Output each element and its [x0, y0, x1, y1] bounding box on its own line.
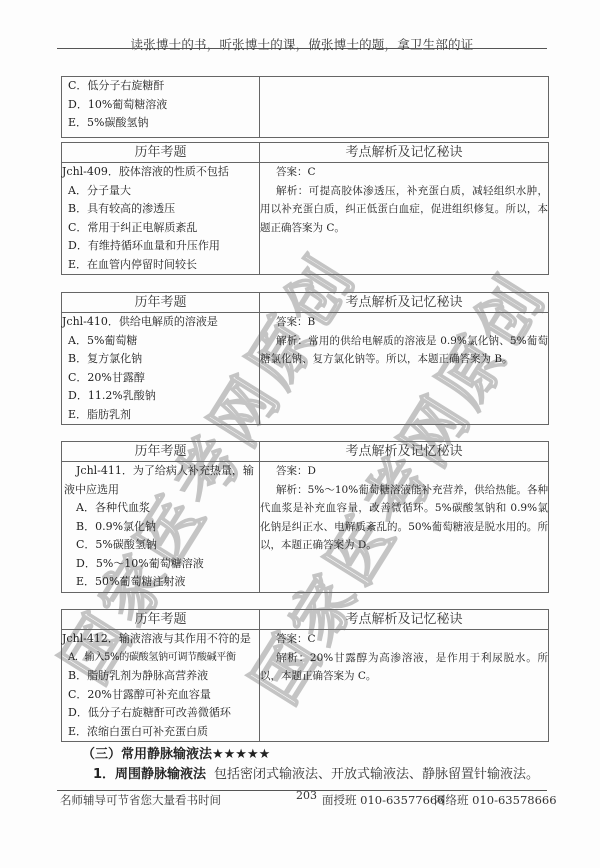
- answer: 答案：C: [260, 630, 548, 649]
- option: D．有维持循环血量和升压作用: [62, 237, 259, 256]
- empty-cell: [260, 77, 549, 138]
- question-cell: Jchl-412．输液溶液与其作用不符的是 A．输入5%的碳酸氢钠可调节酸碱平衡…: [62, 630, 260, 742]
- question-cell: Jchl-411．为了给病人补充热量，输液中应选用 A．各种代血浆 B．0.9%…: [62, 462, 260, 593]
- question-stem: Jchl-409．胶体溶液的性质不包括: [62, 163, 259, 182]
- option: C．20%甘露醇可补充血容量: [62, 686, 259, 705]
- question-stem: Jchl-412．输液溶液与其作用不符的是: [62, 630, 259, 649]
- footer-phone-inperson: 面授班 010-63577666: [322, 792, 445, 808]
- option: B．复方氯化钠: [62, 350, 259, 369]
- subsection-title: 1．周围静脉输液法: [93, 767, 206, 782]
- answer: 答案：C: [260, 163, 548, 182]
- explanation: 解析：5%～10%葡萄糖溶液能补充营养，供给热能。各种代血浆是补充血容量，改善微…: [260, 481, 548, 555]
- option: A．分子量大: [62, 182, 259, 201]
- option: E．50%葡萄糖注射液: [64, 573, 259, 592]
- analysis-cell: 答案：B 解析：常用的供给电解质的溶液是 0.9%氯化钠、5%葡萄糖氯化钠、复方…: [260, 313, 549, 425]
- option: A．输入5%的碳酸氢钠可调节酸碱平衡: [62, 649, 259, 668]
- page-number: 203: [296, 789, 317, 802]
- continuation-table: C．低分子右旋糖酐 D．10%葡萄糖溶液 E．5%碳酸氢钠: [61, 76, 549, 138]
- question-table-412: 历年考题 考点解析及记忆秘诀 Jchl-412．输液溶液与其作用不符的是 A．输…: [61, 609, 549, 742]
- column-header-questions: 历年考题: [62, 293, 260, 313]
- option: E．5%碳酸氢钠: [62, 114, 259, 133]
- footer-slogan: 名师辅导可节省您大量看书时间: [60, 792, 221, 808]
- option: D．低分子右旋糖酐可改善微循环: [62, 704, 259, 723]
- section-title: （三）常用静脉输液法★★★★★: [82, 743, 270, 762]
- option: B．脂肪乳剂为静脉高营养液: [62, 667, 259, 686]
- answer: 答案：B: [260, 313, 548, 332]
- option: A．各种代血浆: [64, 499, 259, 518]
- question-table-409: 历年考题 考点解析及记忆秘诀 Jchl-409．胶体溶液的性质不包括 A．分子量…: [61, 142, 549, 275]
- question-cell: Jchl-410．供给电解质的溶液是 A．5%葡萄糖 B．复方氯化钠 C．20%…: [62, 313, 260, 425]
- page-header: 读张博士的书，听张博士的课，做张博士的题，拿卫生部的证: [58, 35, 546, 53]
- option: C．低分子右旋糖酐: [62, 77, 259, 96]
- option: E．在血管内停留时间较长: [62, 256, 259, 275]
- column-header-analysis: 考点解析及记忆秘诀: [260, 442, 549, 462]
- answer: 答案：D: [260, 462, 548, 481]
- option: A．5%葡萄糖: [62, 332, 259, 351]
- option: D．10%葡萄糖溶液: [62, 96, 259, 115]
- footer-phone-online: 网络班 010-63578666: [434, 792, 557, 808]
- option: B．具有较高的渗透压: [62, 200, 259, 219]
- option: E．浓缩白蛋白可补充蛋白质: [62, 723, 259, 742]
- analysis-cell: 答案：C 解析：20%甘露醇为高渗溶液，是作用于利尿脱水。所以，本题正确答案为 …: [260, 630, 549, 742]
- option: C．5%碳酸氢钠: [64, 536, 259, 555]
- option: B．0.9%氯化钠: [64, 518, 259, 537]
- explanation: 解析：20%甘露醇为高渗溶液，是作用于利尿脱水。所以，本题正确答案为 C。: [260, 649, 548, 686]
- question-stem: Jchl-410．供给电解质的溶液是: [62, 313, 259, 332]
- option: D．11.2%乳酸钠: [62, 387, 259, 406]
- column-header-analysis: 考点解析及记忆秘诀: [260, 293, 549, 313]
- question-stem: Jchl-411．为了给病人补充热量，输液中应选用: [64, 462, 259, 499]
- analysis-cell: 答案：D 解析：5%～10%葡萄糖溶液能补充营养，供给热能。各种代血浆是补充血容…: [260, 462, 549, 593]
- option: E．脂肪乳剂: [62, 406, 259, 425]
- column-header-analysis: 考点解析及记忆秘诀: [260, 610, 549, 630]
- question-table-410: 历年考题 考点解析及记忆秘诀 Jchl-410．供给电解质的溶液是 A．5%葡萄…: [61, 292, 549, 425]
- question-table-411: 历年考题 考点解析及记忆秘诀 Jchl-411．为了给病人补充热量，输液中应选用…: [61, 441, 549, 593]
- option: D．5%～10%葡萄糖溶液: [64, 555, 259, 574]
- option: C．常用于纠正电解质紊乱: [62, 219, 259, 238]
- subsection: 1．周围静脉输液法包括密闭式输液法、开放式输液法、静脉留置针输液法。: [93, 763, 539, 782]
- explanation: 解析：可提高胶体渗透压，补充蛋白质，减轻组织水肿，用以补充蛋白质，纠正低蛋白血症…: [260, 182, 548, 238]
- column-header-questions: 历年考题: [62, 143, 260, 163]
- explanation: 解析：常用的供给电解质的溶液是 0.9%氯化钠、5%葡萄糖氯化钠、复方氯化钠等。…: [260, 332, 548, 369]
- header-rule: [57, 48, 547, 49]
- column-header-questions: 历年考题: [62, 442, 260, 462]
- option: C．20%甘露醇: [62, 369, 259, 388]
- question-cell: Jchl-409．胶体溶液的性质不包括 A．分子量大 B．具有较高的渗透压 C．…: [62, 163, 260, 275]
- column-header-questions: 历年考题: [62, 610, 260, 630]
- analysis-cell: 答案：C 解析：可提高胶体渗透压，补充蛋白质，减轻组织水肿，用以补充蛋白质，纠正…: [260, 163, 549, 275]
- subsection-text: 包括密闭式输液法、开放式输液法、静脉留置针输液法。: [214, 767, 539, 782]
- continuation-options: C．低分子右旋糖酐 D．10%葡萄糖溶液 E．5%碳酸氢钠: [62, 77, 260, 138]
- column-header-analysis: 考点解析及记忆秘诀: [260, 143, 549, 163]
